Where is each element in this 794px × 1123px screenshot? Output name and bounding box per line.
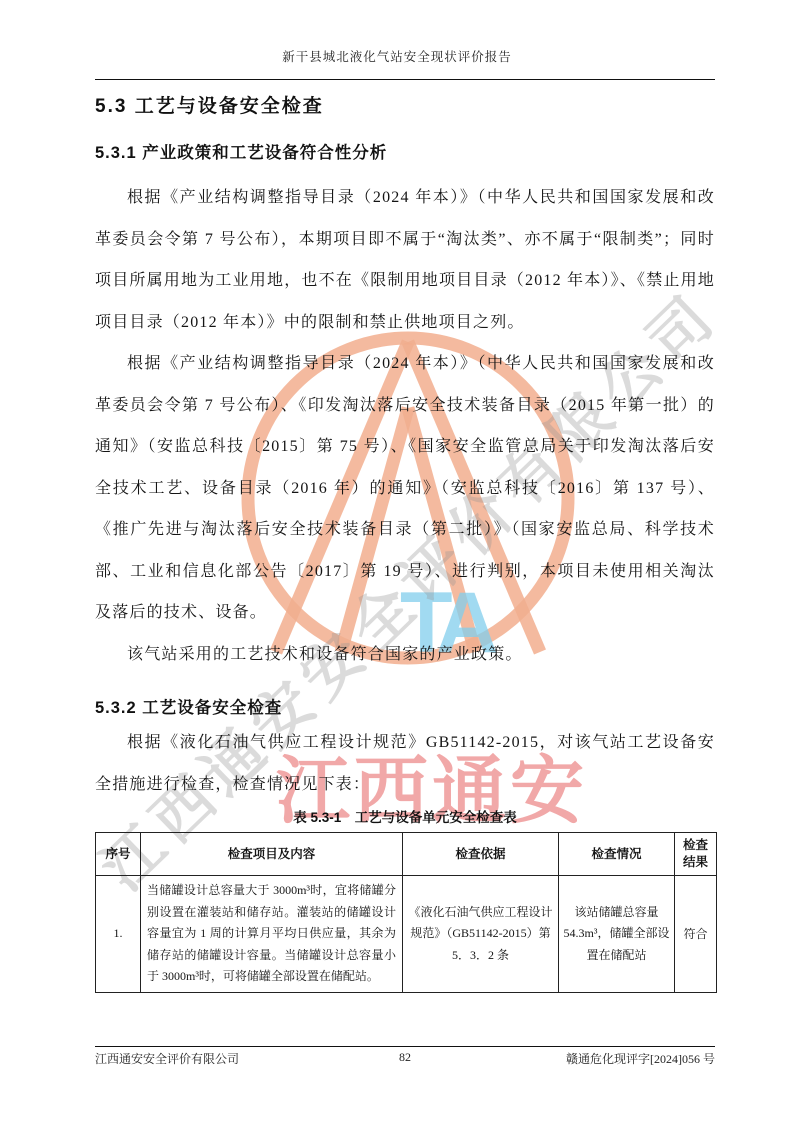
col-header-situation: 检查情况 xyxy=(559,833,675,876)
section-heading-5-3-1: 5.3.1 产业政策和工艺设备符合性分析 xyxy=(95,141,715,165)
cell-check-result: 符合 xyxy=(675,876,717,993)
cell-check-item: 当储罐设计总容量大于 3000m³时，宜将储罐分别设置在灌装站和储存站。灌装站的… xyxy=(141,876,403,993)
paragraph-industry-policy-1: 根据《产业结构调整指导目录（2024 年本）》（中华人民共和国国家发展和改革委员… xyxy=(95,177,715,343)
col-header-no: 序号 xyxy=(96,833,141,876)
report-page: TA 江西通安安全评价有限公司 江西通安 新干县城北液化气站安全现状评价报告 5… xyxy=(0,0,794,1123)
footer-divider xyxy=(95,1046,715,1047)
header-divider xyxy=(95,79,715,80)
cell-row-number: 1. xyxy=(96,876,141,993)
table-header-row: 序号 检查项目及内容 检查依据 检查情况 检查结果 xyxy=(96,833,717,876)
safety-check-table: 序号 检查项目及内容 检查依据 检查情况 检查结果 1. 当储罐设计总容量大于 … xyxy=(95,832,717,993)
col-header-result: 检查结果 xyxy=(675,833,717,876)
section-heading-5-3-2: 5.3.2 工艺设备安全检查 xyxy=(95,696,715,720)
table-row: 1. 当储罐设计总容量大于 3000m³时，宜将储罐分别设置在灌装站和储存站。灌… xyxy=(96,876,717,993)
paragraph-industry-policy-2: 根据《产业结构调整指导目录（2024 年本）》（中华人民共和国国家发展和改革委员… xyxy=(95,343,715,634)
page-header-title: 新干县城北液化气站安全现状评价报告 xyxy=(0,47,794,65)
cell-check-basis: 《液化石油气供应工程设计规范》（GB51142-2015）第 5．3．2 条 xyxy=(403,876,559,993)
paragraph-conclusion: 该气站采用的工艺技术和设备符合国家的产业政策。 xyxy=(95,634,715,676)
document-body: 5.3 工艺与设备安全检查 5.3.1 产业政策和工艺设备符合性分析 根据《产业… xyxy=(95,88,715,993)
paragraph-check-intro: 根据《液化石油气供应工程设计规范》GB51142-2015，对该气站工艺设备安全… xyxy=(95,722,715,805)
table-caption: 表 5.3-1 工艺与设备单元安全检查表 xyxy=(95,808,715,828)
section-heading-5-3: 5.3 工艺与设备安全检查 xyxy=(95,94,715,120)
footer-doc-number: 赣通危化现评字[2024]056 号 xyxy=(566,1050,715,1067)
col-header-basis: 检查依据 xyxy=(403,833,559,876)
cell-check-situation: 该站储罐总容量 54.3m³，储罐全部设置在储配站 xyxy=(559,876,675,993)
col-header-item: 检查项目及内容 xyxy=(141,833,403,876)
